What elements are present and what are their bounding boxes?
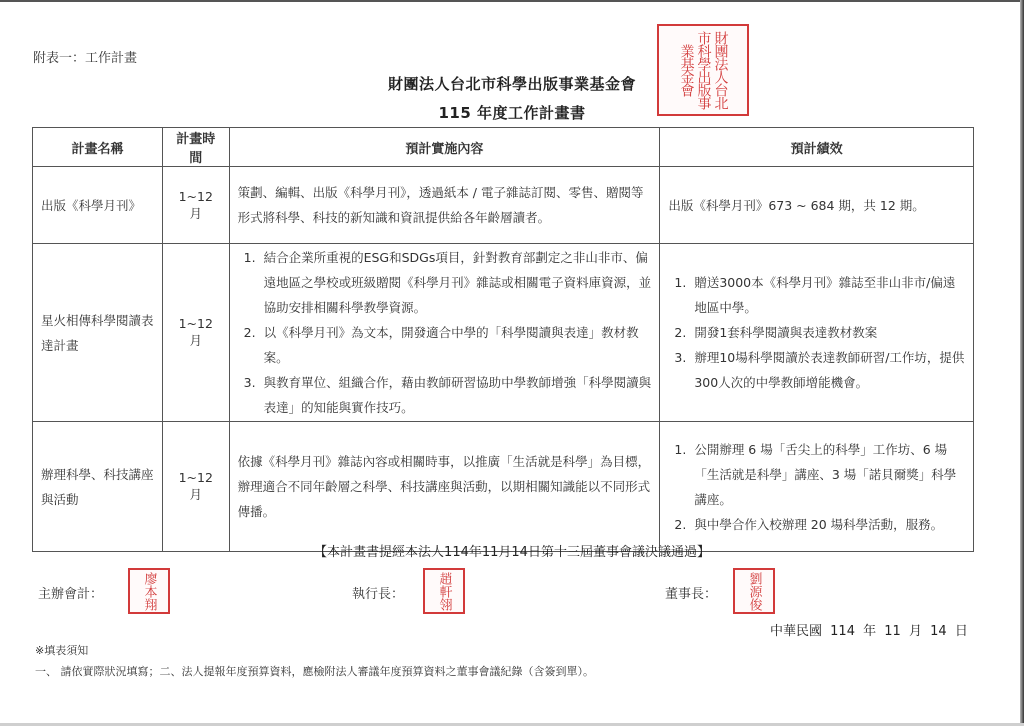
list-item: 與教育單位、組織合作，藉由教師研習協助中學教師增強「科學閱讀與表達」的知能與實作… — [260, 370, 652, 420]
list-item: 與中學合作入校辦理 20 場科學活動，服務。 — [690, 512, 965, 537]
column-header-plan-period: 計畫時間 — [162, 128, 229, 167]
organization-seal-stamp: 財團法人台北市科學出版事業基金會 — [657, 24, 749, 116]
table-row: 辦理科學、科技講座與活動 1~12 月 依據《科學月刊》雜誌內容或相關時事，以推… — [33, 422, 974, 552]
ceo-label: 執行長： — [352, 583, 404, 602]
date-era: 中華民國 — [770, 624, 822, 639]
list-item: 結合企業所重視的ESG和SDGs項目，針對教育部劃定之非山非市、偏遠地區之學校或… — [260, 245, 652, 320]
scan-top-edge — [0, 0, 1024, 2]
table-header-row: 計畫名稱 計畫時間 預計實施內容 預計績效 — [33, 128, 974, 167]
date-month-unit: 月 — [909, 624, 922, 639]
planned-content-list: 結合企業所重視的ESG和SDGs項目，針對教育部劃定之非山非市、偏遠地區之學校或… — [238, 245, 652, 420]
date-day-unit: 日 — [955, 624, 968, 639]
date-year: 114 — [830, 624, 855, 639]
table-row: 星火相傳科學閱讀表達計畫 1~12 月 結合企業所重視的ESG和SDGs項目，針… — [33, 244, 974, 422]
document-title: 115 年度工作計畫書 — [0, 102, 1024, 123]
table-row: 出版《科學月刊》 1~12 月 策劃、編輯、出版《科學月刊》，透過紙本 / 電子… — [33, 167, 974, 244]
notes-body: 一、 請依實際狀況填寫；二、法人提報年度預算資料，應檢附法人審議年度預算資料之董… — [35, 663, 594, 679]
column-header-plan-name: 計畫名稱 — [33, 128, 163, 167]
accountant-seal-stamp: 廖本翔 — [128, 568, 170, 614]
plan-period-cell: 1~12 月 — [162, 167, 229, 244]
list-item: 辦理10場科學閱讀於表達教師研習/工作坊，提供300人次的中學教師增能機會。 — [690, 345, 965, 395]
approval-note: 【本計畫書提經本法人114年11月14日第十三屆董事會議決議通過】 — [0, 541, 1024, 560]
planned-content-cell: 結合企業所重視的ESG和SDGs項目，針對教育部劃定之非山非市、偏遠地區之學校或… — [229, 244, 660, 422]
column-header-planned-content: 預計實施內容 — [229, 128, 660, 167]
planned-content-cell: 依據《科學月刊》雜誌內容或相關時事，以推廣「生活就是科學」為目標，辦理適合不同年… — [229, 422, 660, 552]
list-item: 贈送3000本《科學月刊》雜誌至非山非市/偏遠地區中學。 — [690, 270, 965, 320]
list-item: 開發1套科學閱讀與表達教材教案 — [690, 320, 965, 345]
expected-performance-list: 公開辦理 6 場「舌尖上的科學」工作坊、6 場「生活就是科學」講座、3 場「諾貝… — [668, 437, 965, 537]
expected-performance-cell: 公開辦理 6 場「舌尖上的科學」工作坊、6 場「生活就是科學」講座、3 場「諾貝… — [660, 422, 974, 552]
expected-performance-text: 出版《科學月刊》673 ~ 684 期，共 12 期。 — [668, 193, 965, 218]
column-header-expected-performance: 預計績效 — [660, 128, 974, 167]
plan-name-cell: 出版《科學月刊》 — [33, 167, 163, 244]
plan-period-cell: 1~12 月 — [162, 422, 229, 552]
plan-period-cell: 1~12 月 — [162, 244, 229, 422]
document-date: 中華民國 114 年 11 月 14 日 — [770, 620, 968, 639]
chairman-label: 董事長： — [665, 583, 717, 602]
expected-performance-cell: 贈送3000本《科學月刊》雜誌至非山非市/偏遠地區中學。 開發1套科學閱讀與表達… — [660, 244, 974, 422]
expected-performance-list: 贈送3000本《科學月刊》雜誌至非山非市/偏遠地區中學。 開發1套科學閱讀與表達… — [668, 270, 965, 395]
expected-performance-cell: 出版《科學月刊》673 ~ 684 期，共 12 期。 — [660, 167, 974, 244]
planned-content-text: 依據《科學月刊》雜誌內容或相關時事，以推廣「生活就是科學」為目標，辦理適合不同年… — [238, 449, 652, 524]
date-year-unit: 年 — [863, 624, 876, 639]
plan-name-cell: 辦理科學、科技講座與活動 — [33, 422, 163, 552]
plan-name-cell: 星火相傳科學閱讀表達計畫 — [33, 244, 163, 422]
list-item: 以《科學月刊》為文本，開發適合中學的「科學閱讀與表達」教材教案。 — [260, 320, 652, 370]
work-plan-table: 計畫名稱 計畫時間 預計實施內容 預計績效 出版《科學月刊》 1~12 月 策劃… — [32, 127, 974, 552]
notes-title: ※填表須知 — [35, 642, 88, 658]
list-item: 公開辦理 6 場「舌尖上的科學」工作坊、6 場「生活就是科學」講座、3 場「諾貝… — [690, 437, 965, 512]
planned-content-text: 策劃、編輯、出版《科學月刊》，透過紙本 / 電子雜誌訂閱、零售、贈閱等形式將科學… — [238, 180, 652, 230]
accountant-label: 主辦會計： — [38, 583, 103, 602]
date-day: 14 — [930, 624, 947, 639]
chairman-seal-stamp: 劉源俊 — [733, 568, 775, 614]
planned-content-cell: 策劃、編輯、出版《科學月刊》，透過紙本 / 電子雜誌訂閱、零售、贈閱等形式將科學… — [229, 167, 660, 244]
organization-title: 財團法人台北市科學出版事業基金會 — [0, 73, 1024, 94]
annex-label: 附表一：工作計畫 — [33, 47, 137, 66]
ceo-seal-stamp: 趙軒翎 — [423, 568, 465, 614]
date-month: 11 — [884, 624, 901, 639]
